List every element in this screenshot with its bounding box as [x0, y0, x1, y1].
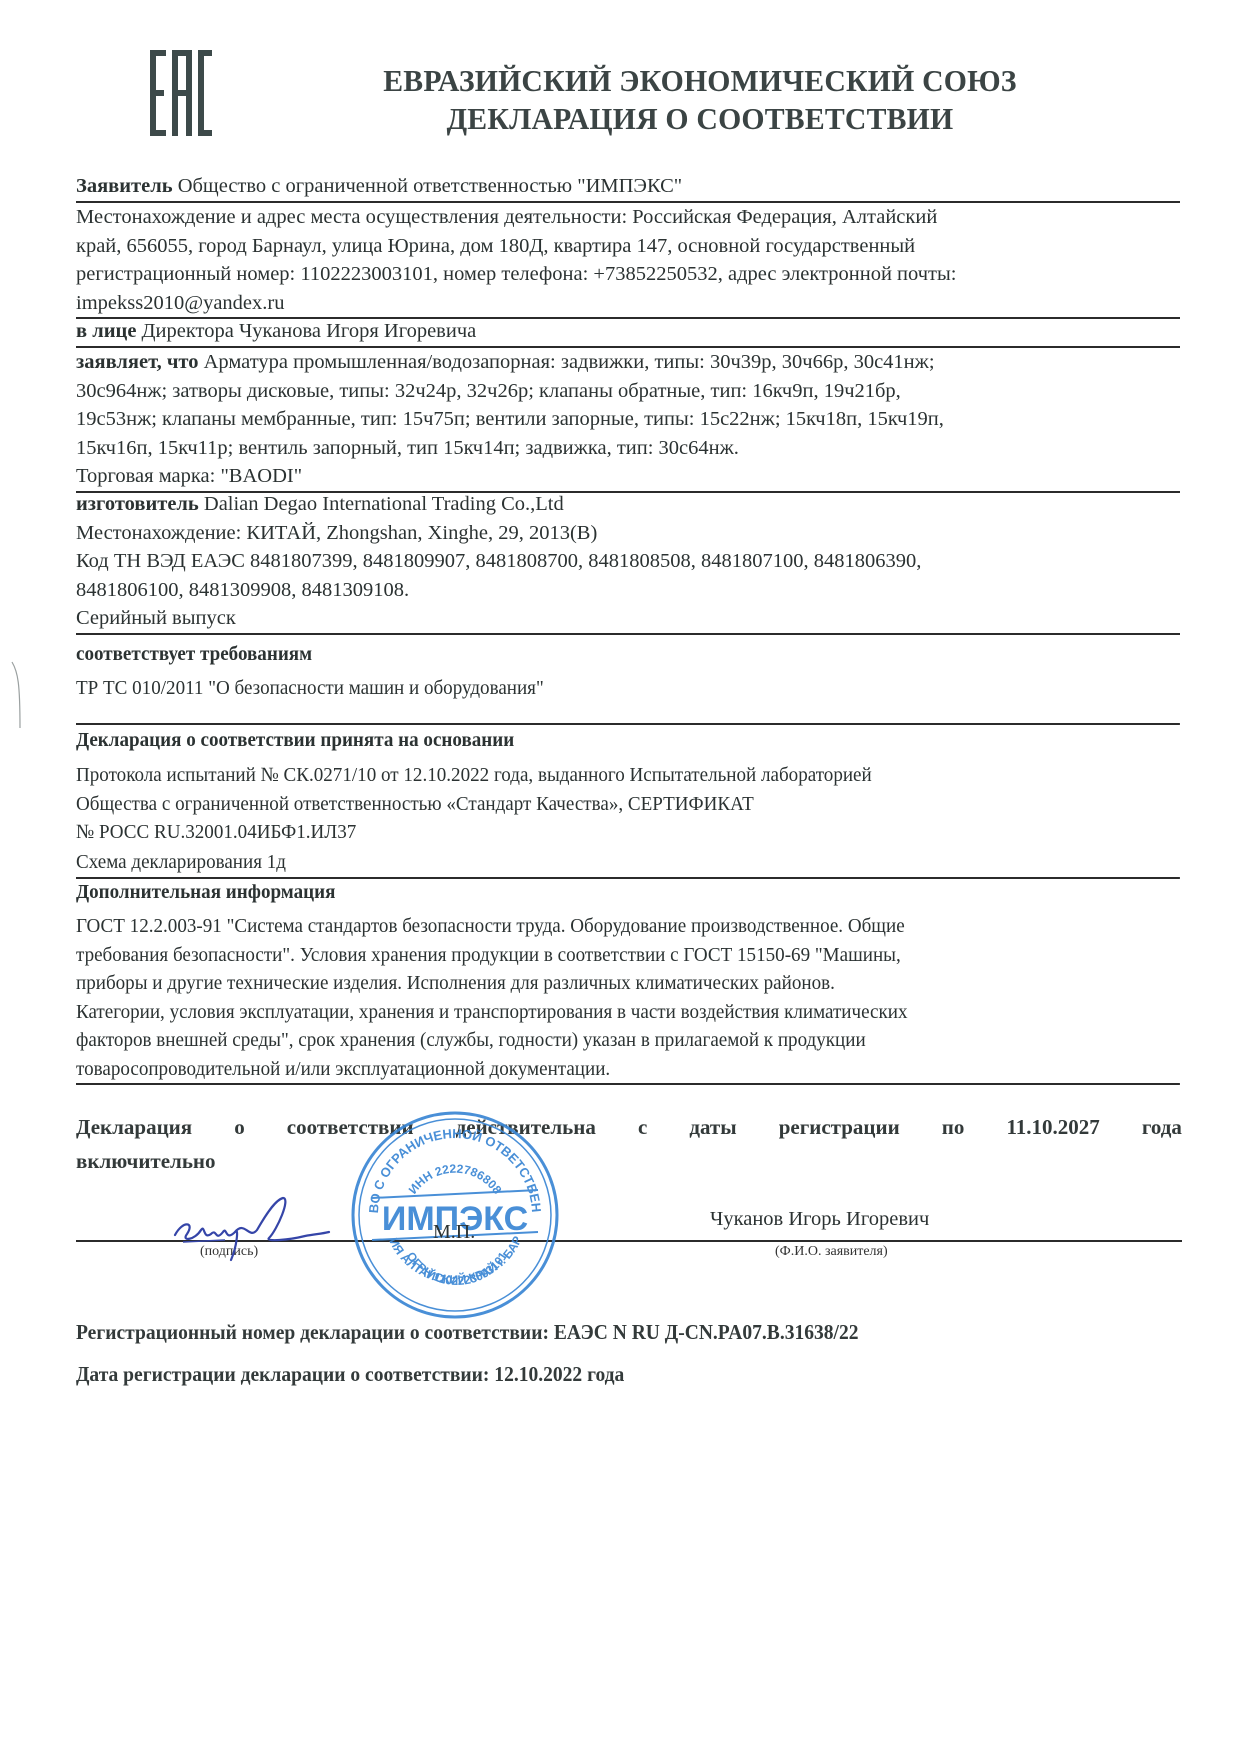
representative-label: в лице	[76, 320, 136, 342]
title-declaration: ДЕКЛАРАЦИЯ О СООТВЕТСТВИИ	[316, 100, 1084, 138]
eac-logo-icon	[150, 50, 212, 136]
signer-name: Чуканов Игорь Игоревич	[710, 1208, 929, 1231]
svg-text:ИНН 2222786808: ИНН 2222786808	[406, 1162, 505, 1197]
declares-block: заявляет, что Арматура промышленная/водо…	[76, 348, 1180, 493]
address-line: регистрационный номер: 1102223003101, но…	[76, 260, 1180, 289]
conformity-heading: соответствует требованиям	[76, 640, 1180, 669]
conformity-regulation: ТР ТС 010/2011 "О безопасности машин и о…	[76, 674, 1180, 725]
validity-word: с	[638, 1110, 647, 1144]
validity-word: Декларация	[76, 1110, 192, 1144]
representative-value: Директора Чуканова Игоря Игоревича	[136, 320, 476, 342]
applicant-label: Заявитель	[76, 175, 173, 197]
additional-line: ГОСТ 12.2.003-91 "Система стандартов без…	[76, 912, 1180, 941]
manufacturer-name: Dalian Degao International Trading Co.,L…	[199, 493, 564, 515]
applicant-email: impekss2010@yandex.ru	[76, 289, 1180, 318]
production-type: Серийный выпуск	[76, 604, 1180, 633]
product-line: Арматура промышленная/водозапорная: задв…	[198, 351, 934, 373]
validity-word: по	[942, 1110, 965, 1144]
handwritten-signature-icon	[165, 1190, 345, 1270]
basis-line: Общества с ограниченной ответственностью…	[76, 790, 1180, 819]
additional-block: ГОСТ 12.2.003-91 "Система стандартов без…	[76, 912, 1180, 1085]
validity-word: года	[1142, 1110, 1182, 1144]
basis-heading: Декларация о соответствии принята на осн…	[76, 726, 1180, 755]
product-line: 15кч16п, 15кч11р; вентиль запорный, тип …	[76, 434, 1180, 463]
additional-heading: Дополнительная информация	[76, 878, 1180, 907]
validity-statement: Декларация о соответствии действительна …	[76, 1110, 1182, 1178]
company-seal-icon: ОБЩЕСТВО С ОГРАНИЧЕННОЙ ОТВЕТСТВЕННОСТЬЮ…	[348, 1108, 562, 1322]
validity-word: даты	[689, 1110, 736, 1144]
name-caption: (Ф.И.О. заявителя)	[775, 1244, 888, 1260]
basis-line: Протокола испытаний № СК.0271/10 от 12.1…	[76, 761, 1180, 790]
manufacturer-location: Местонахождение: КИТАЙ, Zhongshan, Xingh…	[76, 519, 1180, 548]
hs-code-line: Код ТН ВЭД ЕАЭС 8481807399, 8481809907, …	[76, 547, 1180, 576]
registration-number: Регистрационный номер декларации о соотв…	[76, 1320, 859, 1345]
additional-line: товаросопроводительной и/или эксплуатаци…	[76, 1055, 1180, 1084]
svg-text:ОБЩЕСТВО С ОГРАНИЧЕННОЙ ОТВЕТС: ОБЩЕСТВО С ОГРАНИЧЕННОЙ ОТВЕТСТВЕННОСТЬЮ	[348, 1108, 544, 1214]
scheme-text: Схема декларирования 1д	[76, 848, 1180, 877]
product-line: 19с53нж; клапаны мембранные, тип: 15ч75п…	[76, 405, 1180, 434]
validity-word: регистрации	[779, 1110, 900, 1144]
seal-label: М.П.	[433, 1221, 475, 1244]
title-union: ЕВРАЗИЙСКИЙ ЭКОНОМИЧЕСКИЙ СОЮЗ	[316, 62, 1084, 100]
regulation-text: ТР ТС 010/2011 "О безопасности машин и о…	[76, 674, 1180, 703]
representative-row: в лице Директора Чуканова Игоря Игоревич…	[76, 317, 1180, 348]
address-line: край, 656055, город Барнаул, улица Юрина…	[76, 232, 1180, 261]
additional-line: приборы и другие технические изделия. Ис…	[76, 969, 1180, 998]
product-line: 30с964нж; затворы дисковые, типы: 32ч24р…	[76, 377, 1180, 406]
scan-mark-icon	[10, 660, 24, 730]
validity-word: о	[234, 1110, 245, 1144]
address-line: Местонахождение и адрес места осуществле…	[76, 203, 1180, 232]
applicant-name: Общество с ограниченной ответственностью…	[173, 175, 683, 197]
applicant-row: Заявитель Общество с ограниченной ответс…	[76, 172, 1180, 203]
document-title: ЕВРАЗИЙСКИЙ ЭКОНОМИЧЕСКИЙ СОЮЗ ДЕКЛАРАЦИ…	[316, 62, 1084, 138]
declaration-page: ЕВРАЗИЙСКИЙ ЭКОНОМИЧЕСКИЙ СОЮЗ ДЕКЛАРАЦИ…	[0, 0, 1240, 1754]
declaration-scheme: Схема декларирования 1д	[76, 848, 1180, 879]
basis-block: Протокола испытаний № СК.0271/10 от 12.1…	[76, 761, 1180, 847]
applicant-address: Местонахождение и адрес места осуществле…	[76, 203, 1180, 319]
hs-code-line: 8481806100, 8481309908, 8481309108.	[76, 576, 1180, 605]
validity-line2: включительно	[76, 1144, 1182, 1178]
registration-date: Дата регистрации декларации о соответств…	[76, 1362, 624, 1387]
additional-line: требования безопасности". Условия хранен…	[76, 941, 1180, 970]
additional-line: факторов внешней среды", срок хранения (…	[76, 1026, 1180, 1055]
certificate-number: № РОСС RU.32001.04ИБФ1.ИЛ37	[76, 818, 1180, 847]
declares-label: заявляет, что	[76, 351, 198, 373]
manufacturer-block: изготовитель Dalian Degao International …	[76, 490, 1180, 635]
validity-date: 11.10.2027	[1006, 1110, 1099, 1144]
trademark: Торговая марка: "BAODI"	[76, 462, 1180, 491]
manufacturer-label: изготовитель	[76, 493, 199, 515]
additional-line: Категории, условия эксплуатации, хранени…	[76, 998, 1180, 1027]
